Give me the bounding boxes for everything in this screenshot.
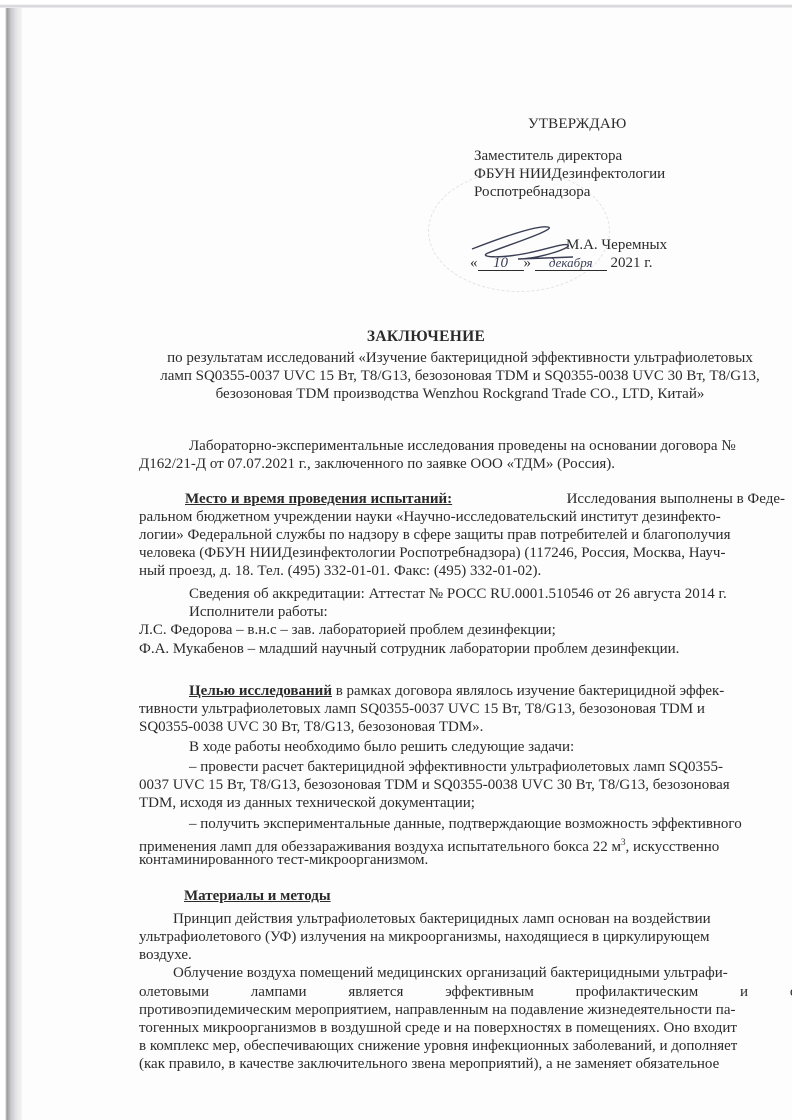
accreditation: Сведения об аккредитации: Аттестат № РОС… bbox=[189, 585, 727, 604]
document-subtitle: по результатам исследований «Изучение ба… bbox=[130, 349, 790, 403]
task-2-text-end: , искусственно bbox=[625, 839, 719, 855]
goal-first-line: Целью исследований в рамках договора явл… bbox=[189, 682, 724, 701]
methods-p1-line: воздухе. bbox=[139, 946, 192, 965]
methods-heading: Материалы и методы bbox=[184, 887, 331, 906]
approval-heading: УТВЕРЖДАЮ bbox=[528, 116, 627, 133]
place-line: ральном бюджетном учреждении науки «Науч… bbox=[139, 508, 721, 527]
document-title: ЗАКЛЮЧЕНИЕ bbox=[0, 328, 792, 346]
performer: Л.С. Федорова – в.н.с – зав. лабораторие… bbox=[139, 621, 556, 640]
goal-heading: Целью исследований bbox=[189, 683, 332, 699]
date-day: 10 bbox=[478, 256, 524, 271]
place-line: человека (ФБУН НИИДезинфектологии Роспот… bbox=[139, 544, 725, 563]
subtitle-line: ламп SQ0355-0037 UVC 15 Вт, T8/G13, безо… bbox=[130, 367, 790, 385]
approver-name: М.А. Черемных bbox=[566, 236, 667, 254]
goal-first-line-rest: в рамках договора являлось изучение бакт… bbox=[332, 683, 724, 699]
performers-label: Исполнители работы: bbox=[189, 603, 328, 622]
scan-edge-shadow bbox=[0, 0, 22, 1120]
task-1-line: TDM, исходя из данных технической докуме… bbox=[139, 794, 475, 813]
scan-top-shadow bbox=[0, 0, 792, 8]
methods-p2-line: олетовыми лампами является эффективным п… bbox=[139, 983, 785, 1002]
task-1-line: 0037 UVC 15 Вт, T8/G13, безозоновая TDM … bbox=[139, 776, 730, 795]
methods-p2-line: Облучение воздуха помещений медицинских … bbox=[173, 964, 728, 983]
tasks-intro: В ходе работы необходимо было решить сле… bbox=[189, 738, 574, 757]
place-first-line: Место и время проведения испытаний: Иссл… bbox=[185, 490, 785, 509]
methods-p2-line: (как правило, в качестве заключительного… bbox=[139, 1055, 719, 1074]
goal-line: тивности ультрафиолетовых ламп SQ0355-00… bbox=[139, 700, 705, 719]
methods-p2-line: в комплекс мер, обеспечивающих снижение … bbox=[139, 1037, 737, 1056]
approval-date: «10» декабря 2021 г. bbox=[470, 254, 652, 272]
goal-line: SQ0355-0038 UVC 30 Вт, T8/G13, безозонов… bbox=[139, 718, 483, 737]
subtitle-line: безозоновая TDM производства Wenzhou Roc… bbox=[130, 385, 790, 403]
subtitle-line: по результатам исследований «Изучение ба… bbox=[130, 349, 790, 367]
methods-p2-line: тогенных микроорганизмов в воздушной сре… bbox=[139, 1019, 737, 1038]
date-month: декабря bbox=[535, 256, 607, 271]
place-heading: Место и время проведения испытаний: bbox=[185, 491, 452, 507]
date-open-quote: « bbox=[470, 255, 478, 271]
place-line: ный проезд, д. 18. Тел. (495) 332-01-01.… bbox=[139, 562, 541, 581]
approver-position-1: Заместитель директора bbox=[474, 147, 622, 165]
methods-p1-line: ультрафиолетового (УФ) излучения на микр… bbox=[139, 928, 710, 947]
task-2-line: контаминированного тест-микроорганизмом. bbox=[139, 851, 428, 870]
intro-line-1: Лабораторно-экспериментальные исследован… bbox=[189, 437, 736, 456]
task-2-line: – получить экспериментальные данные, под… bbox=[189, 815, 742, 834]
place-line: логии» Федеральной службы по надзору в с… bbox=[139, 526, 730, 545]
performer: Ф.А. Мукабенов – младший научный сотрудн… bbox=[139, 640, 679, 659]
intro-line-2: Д162/21-Д от 07.07.2021 г., заключенного… bbox=[139, 455, 615, 474]
date-close-quote: » bbox=[524, 255, 532, 271]
place-first-line-rest: Исследования выполнены в Феде- bbox=[567, 490, 785, 509]
task-1-line: – провести расчет бактерицидной эффектив… bbox=[189, 758, 723, 777]
methods-p1-line: Принцип действия ультрафиолетовых бактер… bbox=[173, 910, 711, 929]
date-year: 2021 г. bbox=[611, 255, 653, 271]
methods-p2-line: противоэпидемическим мероприятием, напра… bbox=[139, 1001, 736, 1020]
